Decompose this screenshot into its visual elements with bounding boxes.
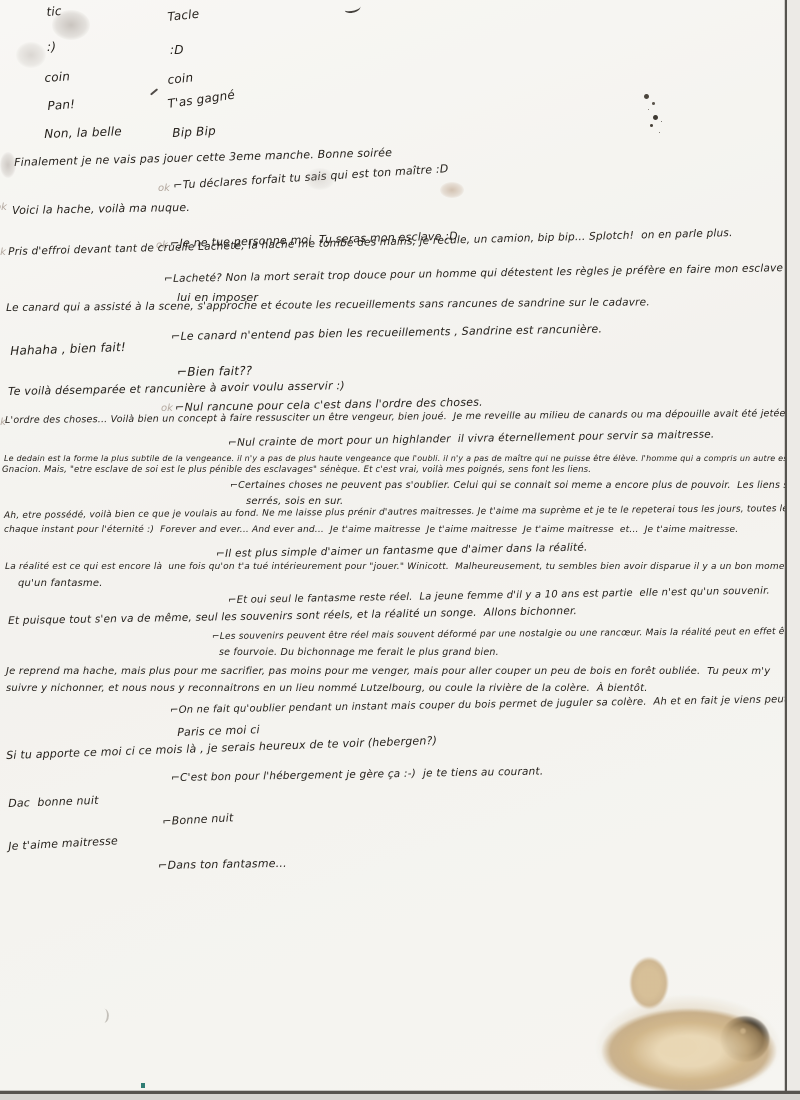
pencil-ok-mark: ok	[158, 184, 170, 194]
squiggle-artifact	[344, 3, 361, 14]
pencil-ok-mark: ok	[0, 203, 7, 213]
pen-tick-artifact	[150, 88, 158, 95]
handwritten-line: Pan!	[47, 98, 76, 112]
handwritten-line: Je reprend ma hache, mais plus pour me s…	[6, 667, 770, 677]
handwritten-line: Finalement je ne vais pas jouer cette 3e…	[14, 147, 392, 168]
smudge-gray-artifact	[16, 42, 46, 68]
handwritten-line: ⌐Il est plus simple d'aimer un fantasme …	[216, 543, 588, 560]
handwritten-line: suivre y nichonner, et nous nous y recon…	[6, 684, 648, 694]
handwritten-line: ⌐Nul crainte de mort pour un highlander …	[228, 430, 714, 449]
handwritten-line: :)	[47, 41, 56, 53]
handwritten-line: ⌐On ne fait qu'oublier pendant un instan…	[170, 694, 800, 716]
smudge-brown-artifact	[440, 182, 464, 198]
handwritten-line: coin	[167, 71, 194, 86]
handwritten-line: ⌐Dans ton fantasme...	[158, 858, 287, 871]
handwritten-line: ⌐Certaines choses ne peuvent pas s'oubli…	[230, 481, 800, 491]
handwritten-line: Voici la hache, voilà ma nuque.	[12, 202, 190, 216]
handwritten-line: L'ordre des choses... Voilà bien un conc…	[5, 409, 792, 425]
handwritten-line: ⌐Les souvenirs peuvent être réel mais so…	[212, 627, 800, 642]
handwritten-line: Gnacion. Mais, "etre esclave de soi est …	[2, 466, 591, 475]
handwritten-line: ⌐Lacheté? Non la mort serait trop douce …	[164, 263, 800, 285]
handwritten-line: Si tu apporte ce moi ci ce mois là , je …	[6, 735, 437, 761]
handwritten-line: ⌐C'est bon pour l'hébergement je gère ça…	[171, 767, 543, 784]
handwritten-line: ⌐Bien fait??	[177, 365, 252, 378]
handwritten-line: se fourvoie. Du bichonnage me ferait le …	[219, 648, 499, 658]
edge-bottom-scan-line	[0, 1090, 800, 1100]
speck-cluster-artifact	[640, 92, 666, 142]
pencil-ok-mark: ok	[0, 248, 6, 258]
handwritten-line: ⌐Bonne nuit	[162, 812, 234, 827]
handwritten-line: Et puisque tout s'en va de même, seul le…	[8, 606, 577, 626]
faint-mark-artifact	[98, 1008, 110, 1023]
handwritten-line: Bip Bip	[172, 125, 216, 139]
pencil-ok-mark: ok	[161, 404, 173, 414]
handwritten-line: Le dedain est la forme la plus subtile d…	[4, 455, 800, 463]
handwritten-line: Hahaha , bien fait!	[10, 341, 126, 357]
handwritten-line: ⌐Le canard n'entend pas bien les recueil…	[171, 323, 602, 342]
handwritten-line: Le canard qui a assisté à la scene, s'ap…	[6, 297, 650, 313]
handwritten-line: :D	[170, 44, 184, 56]
handwritten-line: Ah, etre possédé, voilà bien ce que je v…	[4, 505, 800, 521]
stain-artifact	[593, 955, 791, 1100]
handwritten-line: serrés, sois en sur.	[246, 497, 343, 507]
handwritten-line: ⌐Et oui seul le fantasme reste réel. La …	[228, 587, 770, 606]
handwritten-line: Paris ce moi ci	[177, 724, 260, 738]
handwritten-line: La réalité est ce qui est encore là une …	[5, 563, 800, 572]
handwritten-line: Je t'aime maitresse	[8, 835, 118, 852]
teal-speck-artifact	[141, 1083, 145, 1088]
smudge-gray-artifact	[0, 152, 16, 178]
scanned-document-page: ticTacle:):DcoincoinPan!T'as gagnéNon, l…	[0, 0, 800, 1100]
handwritten-line: coin	[44, 70, 70, 84]
handwritten-line: qu'un fantasme.	[18, 579, 103, 589]
handwritten-line: Dac bonne nuit	[8, 795, 99, 809]
edge-right-scan-line	[784, 0, 800, 1100]
handwritten-line: Non, la belle	[44, 125, 122, 140]
handwritten-line: chaque instant pour l'éternité :) Foreve…	[4, 526, 738, 535]
smudge-gray-artifact	[305, 168, 335, 190]
handwritten-line: Tacle	[167, 8, 200, 23]
handwritten-line: Te voilà désemparée et rancunière à avoi…	[8, 380, 345, 397]
smudge-gray-artifact	[52, 10, 90, 40]
handwritten-line: T'as gagné	[167, 89, 236, 110]
